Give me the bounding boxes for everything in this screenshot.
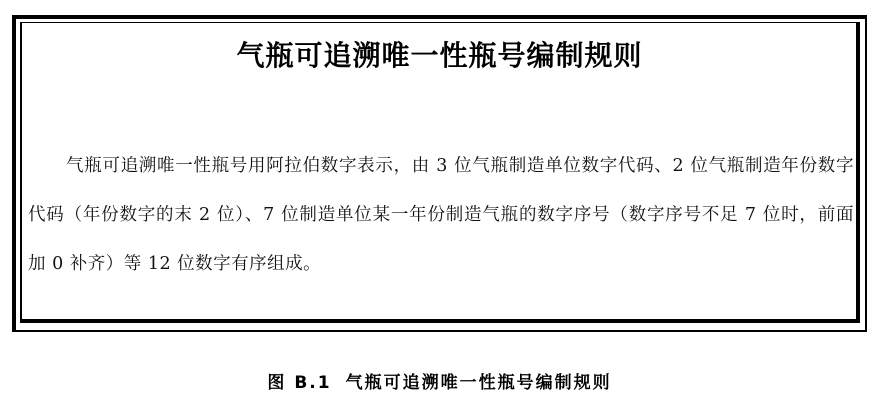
- body-paragraph: 气瓶可追溯唯一性瓶号用阿拉伯数字表示，由 3 位气瓶制造单位数字代码、2 位气瓶…: [28, 142, 854, 289]
- figure-label: 图 B.1: [267, 373, 331, 393]
- figure-caption: 图 B.1气瓶可追溯唯一性瓶号编制规则: [0, 372, 879, 394]
- figure-title: 气瓶可追溯唯一性瓶号编制规则: [346, 373, 612, 393]
- box-title: 气瓶可追溯唯一性瓶号编制规则: [0, 38, 879, 74]
